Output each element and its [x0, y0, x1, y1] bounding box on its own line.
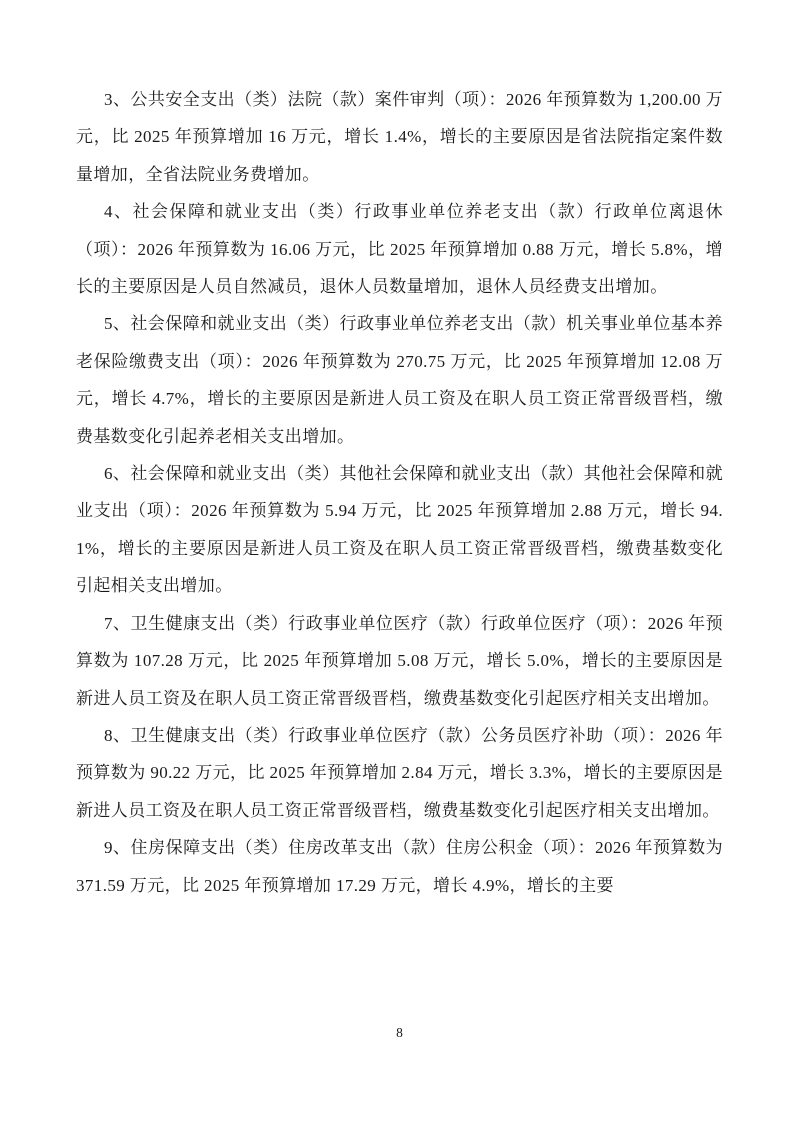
paragraph-item-9: 9、住房保障支出（类）住房改革支出（款）住房公积金（项）：2026 年预算数为 … [76, 829, 723, 904]
paragraph-item-4: 4、社会保障和就业支出（类）行政事业单位养老支出（款）行政单位离退休（项）：20… [76, 193, 723, 305]
document-page: 3、公共安全支出（类）法院（款）案件审判（项）：2026 年预算数为 1,200… [0, 0, 794, 1123]
paragraph-item-3: 3、公共安全支出（类）法院（款）案件审判（项）：2026 年预算数为 1,200… [76, 81, 723, 193]
paragraph-item-8: 8、卫生健康支出（类）行政事业单位医疗（款）公务员医疗补助（项）：2026 年预… [76, 717, 723, 829]
page-footer: 8 [76, 1024, 723, 1042]
paragraph-item-7: 7、卫生健康支出（类）行政事业单位医疗（款）行政单位医疗（项）：2026 年预算… [76, 605, 723, 717]
paragraph-container: 3、公共安全支出（类）法院（款）案件审判（项）：2026 年预算数为 1,200… [76, 81, 723, 904]
page-number: 8 [396, 1025, 403, 1040]
paragraph-item-6: 6、社会保障和就业支出（类）其他社会保障和就业支出（款）其他社会保障和就业支出（… [76, 455, 723, 605]
paragraph-item-5: 5、社会保障和就业支出（类）行政事业单位养老支出（款）机关事业单位基本养老保险缴… [76, 305, 723, 455]
